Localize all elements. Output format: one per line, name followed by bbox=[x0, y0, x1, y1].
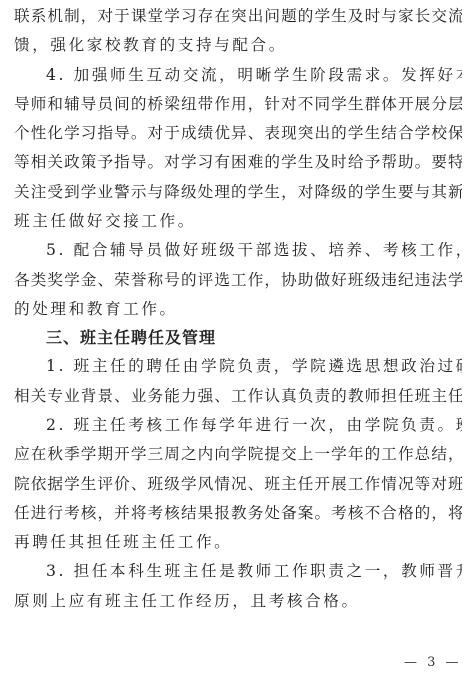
paragraph-line: 应在秋季学期开学三周之内向学院提交上一学年的工作总结，学 bbox=[14, 440, 462, 469]
paragraph-line: 任进行考核，并将考核结果报教务处备案。考核不合格的，将不 bbox=[14, 499, 462, 528]
paragraph-line: 再聘任其担任班主任工作。 bbox=[14, 528, 462, 557]
page-number: — 3 — bbox=[404, 655, 462, 670]
paragraph-line: 馈，强化家校教育的支持与配合。 bbox=[14, 31, 462, 60]
paragraph-line: 相关专业背景、业务能力强、工作认真负责的教师担任班主任。 bbox=[14, 382, 462, 411]
paragraph-line: 2. 班主任考核工作每学年进行一次，由学院负责。班主任 bbox=[46, 411, 462, 440]
paragraph-line: 班主任做好交接工作。 bbox=[14, 207, 462, 236]
paragraph-line: 院依据学生评价、班级学风情况、班主任开展工作情况等对班主 bbox=[14, 470, 462, 499]
paragraph-line: 5. 配合辅导员做好班级干部选拔、培养、考核工作，参与 bbox=[46, 236, 462, 265]
paragraph-line: 1. 班主任的聘任由学院负责，学院遴选思想政治过硬、有 bbox=[46, 352, 462, 381]
paragraph-line: 4. 加强师生互动交流，明晰学生阶段需求。发挥好本科生 bbox=[46, 61, 462, 90]
paragraph-line: 原则上应有班主任工作经历，且考核合格。 bbox=[14, 587, 462, 616]
section-heading: 三、班主任聘任及管理 bbox=[46, 323, 462, 352]
document-page: 联系机制，对于课堂学习存在突出问题的学生及时与家长交流反 馈，强化家校教育的支持… bbox=[0, 0, 475, 683]
paragraph-line: 导师和辅导员间的桥梁纽带作用，针对不同学生群体开展分层次、 bbox=[14, 90, 462, 119]
paragraph-line: 等相关政策予指导。对学习有困难的学生及时给予帮助。要特别 bbox=[14, 148, 462, 177]
paragraph-line: 关注受到学业警示与降级处理的学生，对降级的学生要与其新的 bbox=[14, 178, 462, 207]
paragraph-line: 的处理和教育工作。 bbox=[14, 295, 462, 324]
paragraph-line: 个性化学习指导。对于成绩优异、表现突出的学生结合学校保研 bbox=[14, 119, 462, 148]
paragraph-line: 3. 担任本科生班主任是教师工作职责之一，教师晋升职称 bbox=[46, 557, 462, 586]
paragraph-line: 各类奖学金、荣誉称号的评选工作，协助做好班级违纪违法学生 bbox=[14, 266, 462, 295]
paragraph-line: 联系机制，对于课堂学习存在突出问题的学生及时与家长交流反 bbox=[14, 2, 462, 31]
